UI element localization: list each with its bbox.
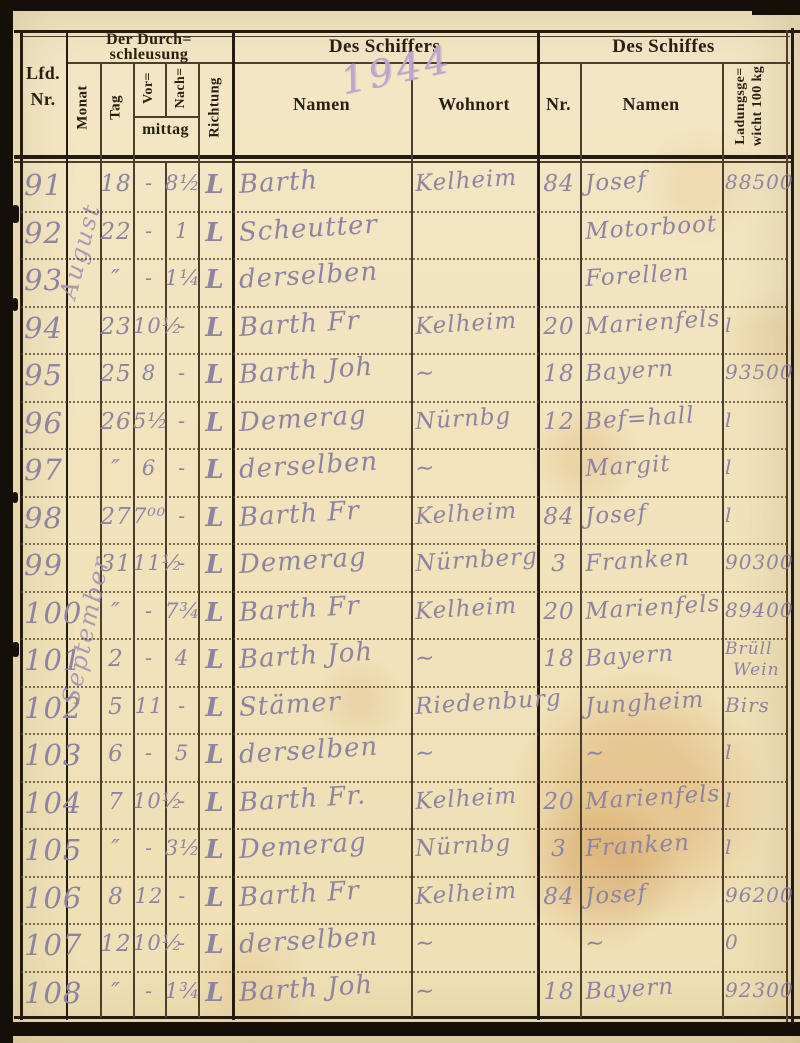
cell-richtung: L <box>198 551 232 581</box>
cell-richtung: L <box>198 931 232 961</box>
cell-wohnort: Nürnberg <box>414 544 538 578</box>
cell-tag: ″ <box>97 266 135 292</box>
cell-schiff: Franken <box>584 543 723 578</box>
cell-nr: 84 <box>539 884 579 910</box>
col-header-nachmittag: Nach= <box>173 64 189 112</box>
cell-lfd: 97 <box>24 454 68 487</box>
col-header-schiff-nr: Nr. <box>537 94 580 115</box>
grid-line <box>14 155 792 159</box>
cell-nachm: 3½ <box>165 836 199 860</box>
scan-edge-top-right <box>752 0 800 15</box>
cell-schiff: Josef <box>584 495 723 530</box>
cell-lfd: 108 <box>24 977 68 1010</box>
cell-schiff: ~ <box>584 733 723 768</box>
cell-nachm: 1 <box>165 219 199 243</box>
cell-schiff: Marienfels <box>584 305 723 340</box>
cell-schiff: Franken <box>584 828 723 863</box>
cell-richtung: L <box>198 409 232 439</box>
cell-lfd: 107 <box>24 929 68 962</box>
cell-nr: 18 <box>539 646 579 672</box>
cell-nachm: - <box>165 314 199 338</box>
cell-wohnort: ~ <box>414 449 538 483</box>
cell-schiffer: Barth Fr <box>238 873 414 914</box>
cell-tag: 27 <box>97 504 135 530</box>
cell-wohnort: ~ <box>414 354 538 388</box>
cell-ladung: l <box>725 789 791 812</box>
cell-tag: 5 <box>97 694 135 720</box>
cell-vorm: 5½ <box>133 409 165 433</box>
cell-tag: 31 <box>97 551 135 577</box>
cell-nr: 18 <box>539 361 579 387</box>
col-header-vormittag: Vor= <box>141 64 157 112</box>
cell-tag: ″ <box>97 979 135 1005</box>
cell-richtung: L <box>198 741 232 771</box>
cell-schiffer: derselben <box>238 730 414 771</box>
cell-lfd: 101 <box>24 644 68 677</box>
cell-nachm: - <box>165 504 199 528</box>
cell-schiff: Jungheim <box>584 685 723 720</box>
col-header-schiffer-namen: Namen <box>232 94 411 115</box>
cell-wohnort: Kelheim <box>414 876 538 910</box>
col-header-tag: Tag <box>108 64 125 152</box>
cell-lfd: 95 <box>24 359 68 392</box>
cell-nr: 20 <box>539 789 579 815</box>
cell-vorm: - <box>133 599 165 623</box>
cell-vorm: 12 <box>133 884 165 908</box>
cell-vorm: - <box>133 741 165 765</box>
cell-wohnort: ~ <box>414 734 538 768</box>
cell-wohnort: Nürnbg <box>414 829 538 863</box>
cell-richtung: L <box>198 266 232 296</box>
cell-schiffer: Demerag <box>238 398 414 439</box>
cell-schiff: Marienfels <box>584 780 723 815</box>
cell-lfd: 92 <box>24 217 68 250</box>
cell-lfd: 91 <box>24 169 68 202</box>
cell-wohnort: Kelheim <box>414 164 538 198</box>
cell-schiff: Josef <box>584 875 723 910</box>
cell-nachm: 7¾ <box>165 599 199 623</box>
cell-schiffer: Barth Fr <box>238 303 414 344</box>
grid-line <box>14 1016 800 1019</box>
cell-nr: 84 <box>539 504 579 530</box>
col-header-lfd-nr: Lfd. Nr. <box>20 60 66 112</box>
cell-nachm: - <box>165 456 199 480</box>
cell-nachm: 8½ <box>165 171 199 195</box>
cell-vorm: - <box>133 266 165 290</box>
cell-tag: 22 <box>97 219 135 245</box>
cell-schiffer: Demerag <box>238 540 414 581</box>
cell-schiffer: Barth <box>238 160 414 201</box>
cell-tag: 26 <box>97 409 135 435</box>
cell-schiff: Forellen <box>584 258 723 293</box>
cell-ladung: 90300 <box>725 551 791 574</box>
cell-richtung: L <box>198 219 232 249</box>
cell-schiff: ~ <box>584 923 723 958</box>
cell-lfd: 100 <box>24 597 68 630</box>
cell-nr: 12 <box>539 409 579 435</box>
cell-schiffer: derselben <box>238 920 414 961</box>
cell-ladung: l <box>725 409 791 432</box>
cell-nachm: - <box>165 551 199 575</box>
cell-vorm: - <box>133 171 165 195</box>
cell-schiffer: Barth Joh <box>238 350 414 391</box>
cell-schiff: Margit <box>584 448 723 483</box>
cell-lfd: 106 <box>24 882 68 915</box>
ledger-page: Lfd. Nr. Der Durch= schleusung Des Schif… <box>0 0 800 1043</box>
cell-tag: 2 <box>97 646 135 672</box>
cell-schiffer: Stämer <box>238 683 414 724</box>
col-header-wohnort: Wohnort <box>411 94 537 115</box>
cell-ladung: l <box>725 836 791 859</box>
cell-ladung: l <box>725 504 791 527</box>
cell-lfd: 104 <box>24 787 68 820</box>
cell-schiffer: Barth Joh <box>238 968 414 1009</box>
cell-richtung: L <box>198 361 232 391</box>
cell-wohnort: ~ <box>414 924 538 958</box>
cell-vorm: 8 <box>133 361 165 385</box>
grid-line <box>232 30 235 1020</box>
cell-schiffer: Scheutter <box>238 208 414 249</box>
cell-wohnort: ~ <box>414 971 538 1005</box>
cell-tag: 23 <box>97 314 135 340</box>
scan-blemish <box>12 492 18 503</box>
cell-schiffer: Barth Joh <box>238 635 414 676</box>
cell-lfd: 93 <box>24 264 68 297</box>
cell-schiffer: derselben <box>238 445 414 486</box>
scan-edge-top <box>0 0 800 11</box>
cell-lfd: 96 <box>24 407 68 440</box>
cell-richtung: L <box>198 694 232 724</box>
cell-vorm: 10½ <box>133 931 165 955</box>
cell-nachm: - <box>165 931 199 955</box>
col-header-ladungsgewicht: Ladungsge= wicht 100 kg <box>732 54 766 158</box>
cell-tag: ″ <box>97 836 135 862</box>
cell-lfd: 98 <box>24 502 68 535</box>
cell-nr: 20 <box>539 599 579 625</box>
cell-tag: 7 <box>97 789 135 815</box>
cell-lfd: 102 <box>24 692 68 725</box>
cell-schiffer: Barth Fr. <box>238 778 414 819</box>
cell-vorm: 11 <box>133 694 165 718</box>
cell-ladung: 92300 <box>725 979 791 1002</box>
cell-wohnort: ~ <box>414 639 538 673</box>
cell-nachm: - <box>165 884 199 908</box>
cell-schiffer: Barth Fr <box>238 493 414 534</box>
cell-richtung: L <box>198 789 232 819</box>
cell-wohnort: Kelheim <box>414 781 538 815</box>
cell-tag: ″ <box>97 456 135 482</box>
cell-vorm: - <box>133 979 165 1003</box>
cell-nr: 84 <box>539 171 579 197</box>
cell-ladung: l <box>725 456 791 479</box>
cell-nachm: - <box>165 409 199 433</box>
scan-blemish <box>12 642 19 657</box>
cell-wohnort: Kelheim <box>414 306 538 340</box>
cell-nachm: 1¾ <box>165 979 199 1003</box>
cell-wohnort: Nürnbg <box>414 401 538 435</box>
col-header-mittag: mittag <box>133 121 198 139</box>
cell-schiffer: derselben <box>238 255 414 296</box>
cell-ladung: 89400 <box>725 599 791 622</box>
cell-nachm: - <box>165 694 199 718</box>
cell-vorm: 10½ <box>133 789 165 813</box>
cell-ladung: Brüll <box>725 640 791 660</box>
cell-nachm: 4 <box>165 646 199 670</box>
cell-schiff: Bayern <box>584 970 723 1005</box>
col-header-monat: Monat <box>75 64 92 152</box>
col-header-schiff-namen: Namen <box>580 94 722 115</box>
cell-lfd: 103 <box>24 739 68 772</box>
cell-schiff: Marienfels <box>584 590 723 625</box>
cell-vorm: 11½ <box>133 551 165 575</box>
scan-blemish <box>12 205 19 223</box>
cell-richtung: L <box>198 599 232 629</box>
cell-ladung: 93500 <box>725 361 791 384</box>
cell-tag: 8 <box>97 884 135 910</box>
cell-ladung: l <box>725 314 791 337</box>
cell-vorm: 6 <box>133 456 165 480</box>
cell-schiff: Bef=hall <box>584 400 723 435</box>
cell-nachm: 5 <box>165 741 199 765</box>
cell-richtung: L <box>198 979 232 1009</box>
cell-richtung: L <box>198 884 232 914</box>
cell-vorm: - <box>133 836 165 860</box>
cell-schiff: Bayern <box>584 353 723 388</box>
cell-richtung: L <box>198 456 232 486</box>
cell-nr: 3 <box>539 551 579 577</box>
grid-line <box>165 62 167 116</box>
cell-tag: 12 <box>97 931 135 957</box>
cell-richtung: L <box>198 646 232 676</box>
cell-ladung: l <box>725 741 791 764</box>
scan-blemish <box>12 298 18 311</box>
cell-schiff: Josef <box>584 163 723 198</box>
grid-line <box>133 116 198 118</box>
cell-schiffer: Barth Fr <box>238 588 414 629</box>
cell-ladung: 96200 <box>725 884 791 907</box>
cell-wohnort: Kelheim <box>414 591 538 625</box>
cell-nachm: - <box>165 789 199 813</box>
cell-tag: 25 <box>97 361 135 387</box>
cell-nr: 20 <box>539 314 579 340</box>
cell-nachm: 1¼ <box>165 266 199 290</box>
cell-vorm: - <box>133 219 165 243</box>
cell-vorm: - <box>133 646 165 670</box>
cell-wohnort: Kelheim <box>414 496 538 530</box>
cell-ladung: Birs <box>725 694 791 717</box>
cell-nr: 18 <box>539 979 579 1005</box>
cell-tag: 18 <box>97 171 135 197</box>
cell-wohnort: Riedenburg <box>414 686 538 720</box>
col-header-richtung: Richtung <box>207 64 224 152</box>
scan-edge-left <box>0 0 13 1043</box>
cell-schiff: Bayern <box>584 638 723 673</box>
cell-vorm: 10½ <box>133 314 165 338</box>
cell-ladung: 88500 <box>725 171 791 194</box>
cell-schiffer: Demerag <box>238 825 414 866</box>
cell-ladung: 0 <box>725 931 791 954</box>
grid-line <box>20 30 23 1020</box>
cell-schiff: Motorboot <box>584 210 723 245</box>
group-header-durchschleusung: Der Durch= schleusung <box>66 33 232 62</box>
cell-tag: 6 <box>97 741 135 767</box>
cell-ladung-line2: Wein <box>733 661 793 681</box>
scan-edge-bottom <box>0 1022 800 1036</box>
cell-nr: 3 <box>539 836 579 862</box>
cell-nachm: - <box>165 361 199 385</box>
cell-lfd: 105 <box>24 834 68 867</box>
cell-richtung: L <box>198 314 232 344</box>
cell-richtung: L <box>198 171 232 201</box>
cell-tag: ″ <box>97 599 135 625</box>
cell-lfd: 94 <box>24 312 68 345</box>
cell-lfd: 99 <box>24 549 68 582</box>
cell-vorm: 7⁰⁰ <box>133 504 165 528</box>
cell-richtung: L <box>198 836 232 866</box>
cell-richtung: L <box>198 504 232 534</box>
